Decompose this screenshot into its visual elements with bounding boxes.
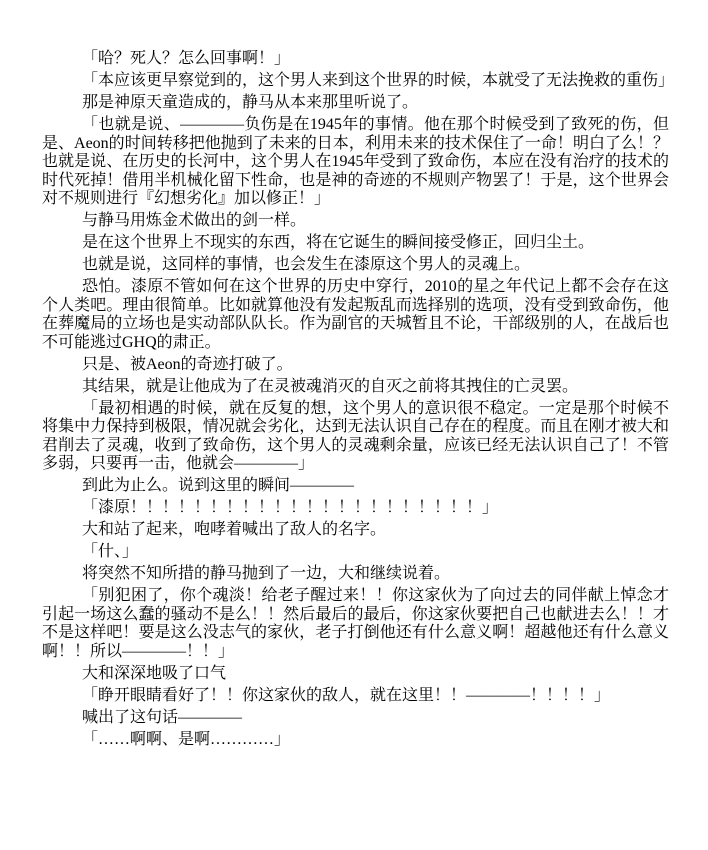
paragraph: 其结果，就是让他成为了在灵被魂消灭的自灭之前将其拽住的亡灵罢。 (42, 378, 669, 397)
paragraph: 「也就是说、————负伤是在1945年的事情。他在那个时候受到了致死的伤，但是、… (42, 116, 669, 209)
paragraph: 大和深深地吸了口气 (42, 665, 669, 684)
paragraph: 「漆原！！！！！！！！！！！！！！！！！！！！！！」 (42, 499, 669, 518)
paragraph: 与静马用炼金术做出的剑一样。 (42, 212, 669, 231)
paragraph: 「最初相遇的时候，就在反复的想，这个男人的意识很不稳定。一定是那个时候不将集中力… (42, 400, 669, 474)
paragraph: 也就是说，这同样的事情，也会发生在漆原这个男人的灵魂上。 (42, 256, 669, 275)
paragraph: 「哈？死人？怎么回事啊！」 (42, 50, 669, 69)
paragraph: 「……啊啊、是啊…………」 (42, 731, 669, 750)
paragraph: 「什、」 (42, 543, 669, 562)
paragraph: 「本应该更早察觉到的，这个男人来到这个世界的时候，本就受了无法挽救的重伤」 (42, 72, 669, 91)
novel-text: 「哈？死人？怎么回事啊！」「本应该更早察觉到的，这个男人来到这个世界的时候，本就… (42, 50, 669, 753)
document-page: 「哈？死人？怎么回事啊！」「本应该更早察觉到的，这个男人来到这个世界的时候，本就… (0, 0, 708, 850)
paragraph: 是在这个世界上不现实的东西，将在它诞生的瞬间接受修正，回归尘土。 (42, 234, 669, 253)
paragraph: 「别犯困了，你个魂淡！给老子醒过来！！你这家伙为了向过去的同伴献上悼念才引起一场… (42, 587, 669, 661)
paragraph: 只是、被Aeon的奇迹打破了。 (42, 356, 669, 375)
paragraph: 大和站了起来，咆哮着喊出了敌人的名字。 (42, 521, 669, 540)
paragraph: 喊出了这句话———— (42, 709, 669, 728)
paragraph: 将突然不知所措的静马抛到了一边，大和继续说着。 (42, 565, 669, 584)
paragraph: 那是神原天童造成的，静马从本来那里听说了。 (42, 94, 669, 113)
paragraph: 「睁开眼睛看好了！！你这家伙的敌人，就在这里！！————！！！！」 (42, 687, 669, 706)
paragraph: 恐怕。漆原不管如何在这个世界的历史中穿行，2010的星之年代记上都不会存在这个人… (42, 278, 669, 352)
paragraph: 到此为止么。说到这里的瞬间———— (42, 477, 669, 496)
